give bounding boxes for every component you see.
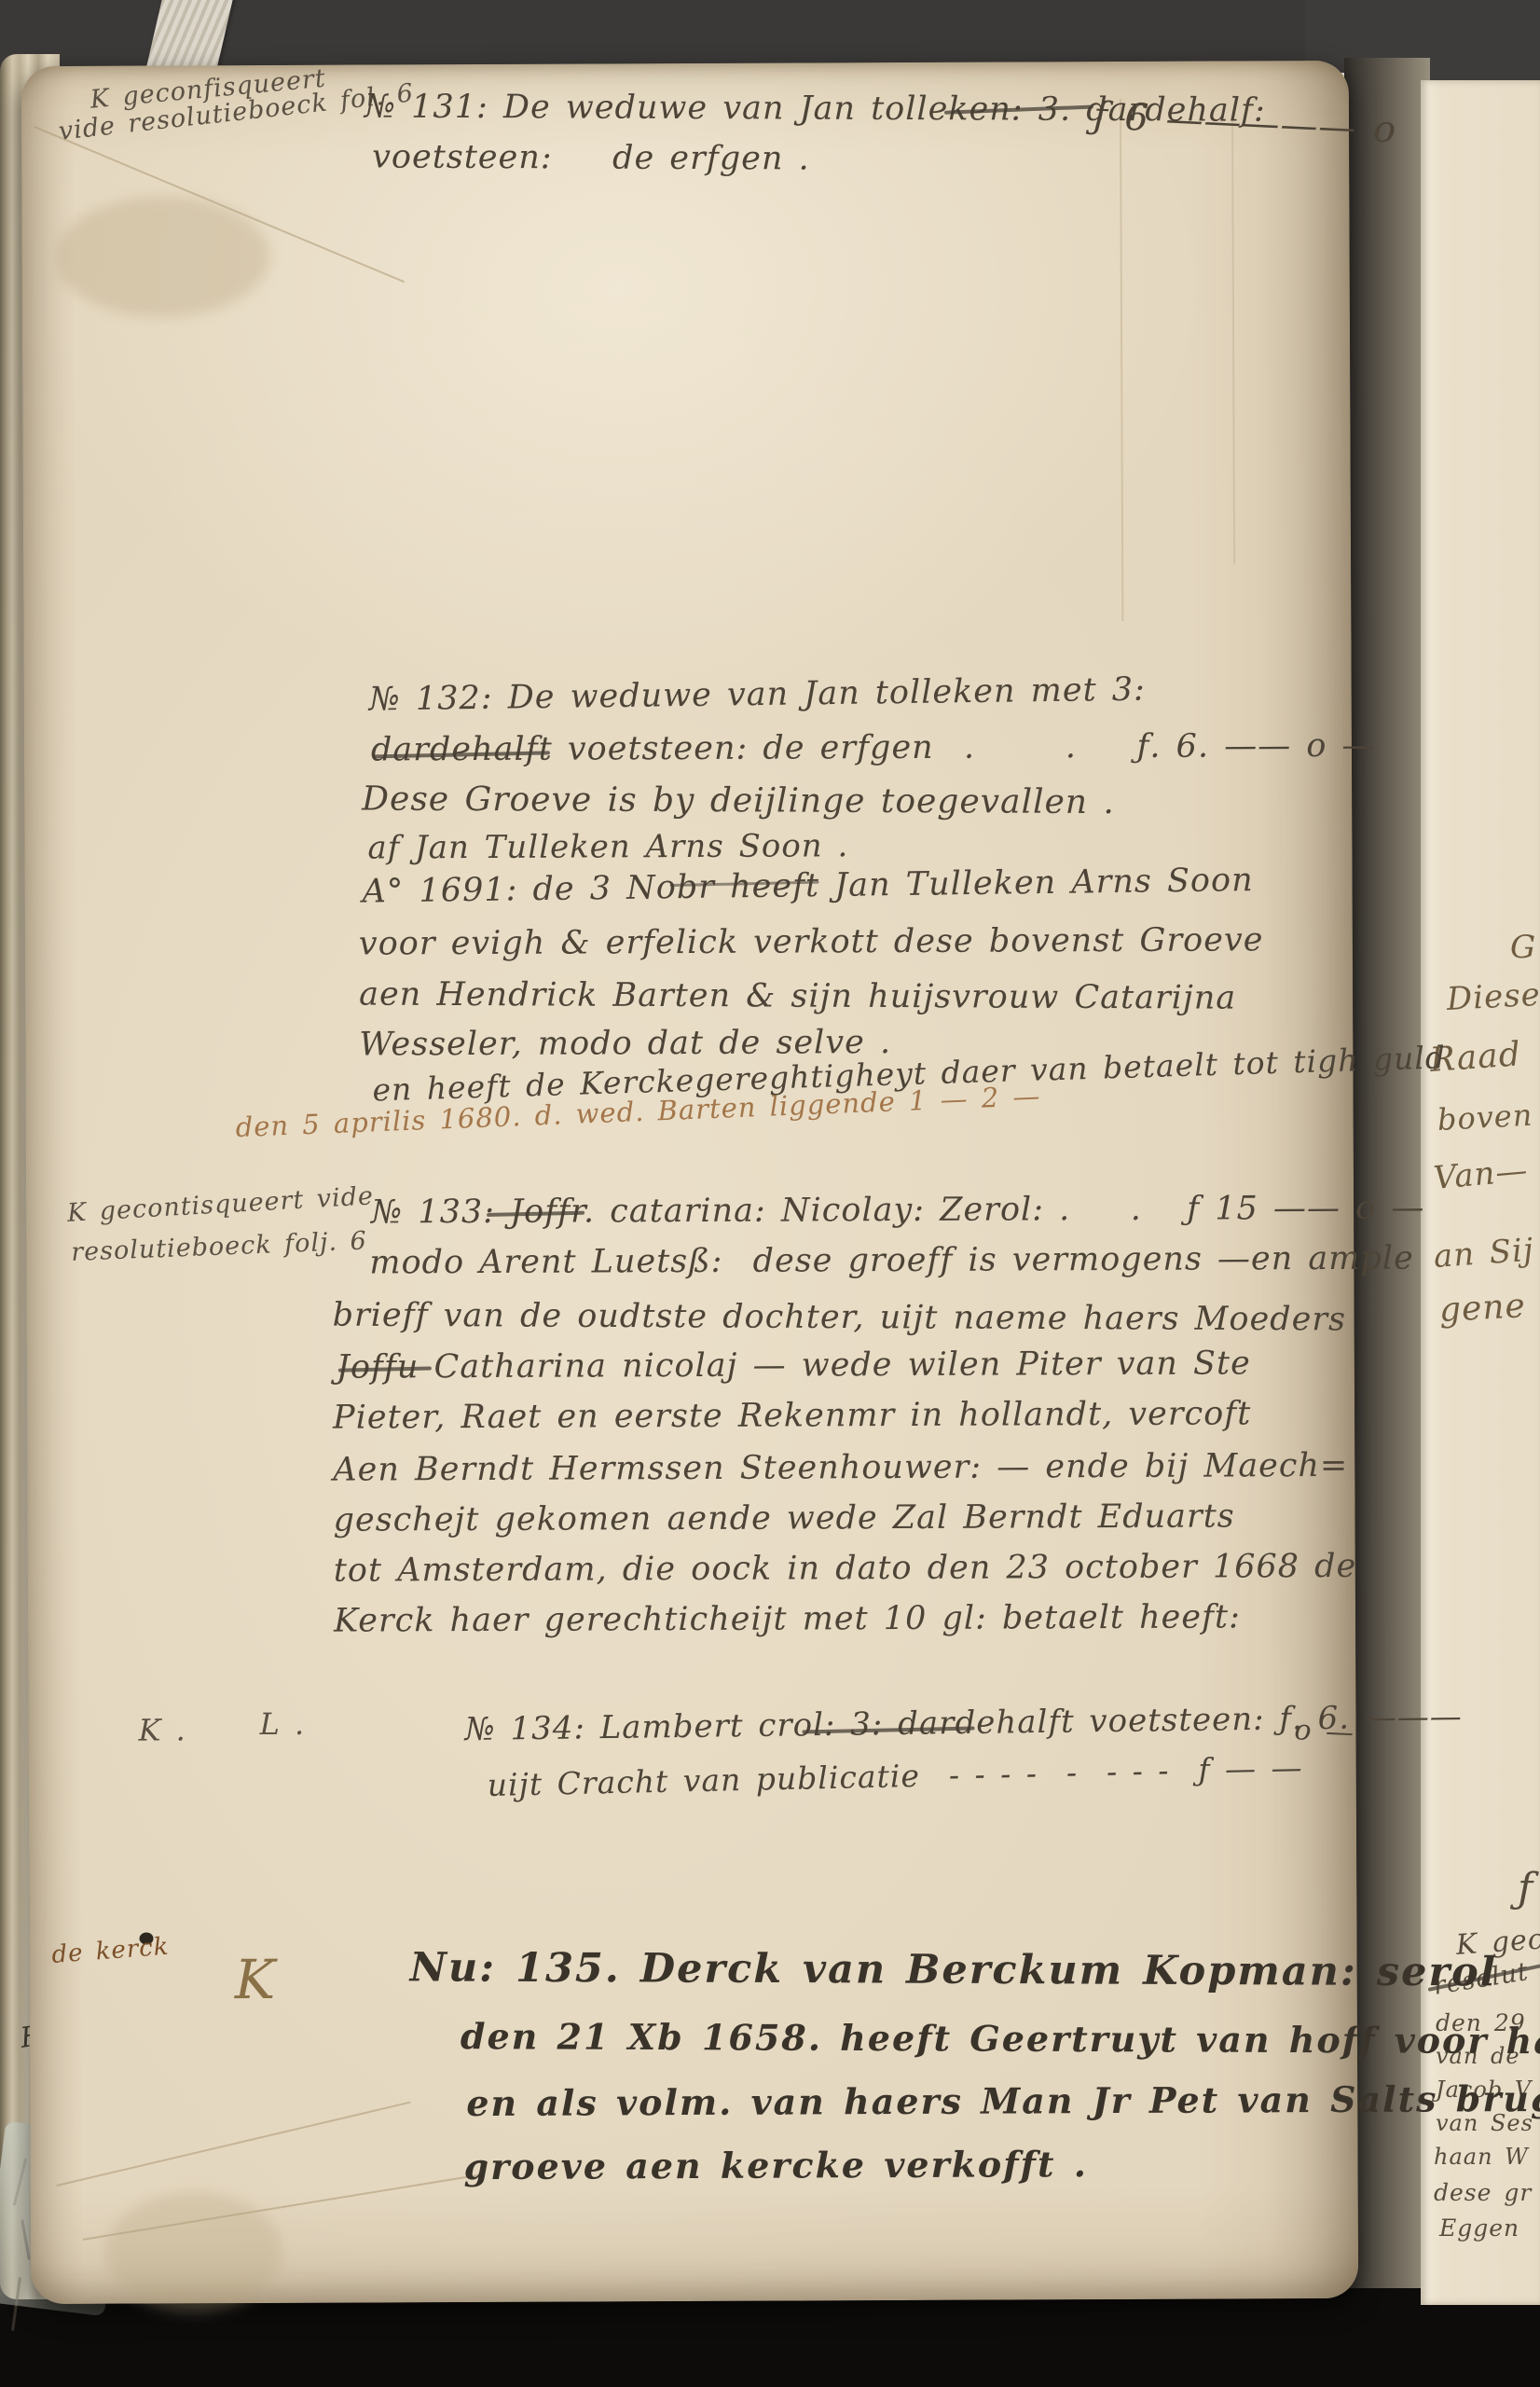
entry-134-margin-note: L .: [259, 1708, 305, 1741]
entry-133-line: Pieter, Raet en eerste Rekenmr in hollan…: [333, 1396, 1251, 1436]
archival-scan: { "palette": { "background": "#3b3937", …: [0, 0, 1540, 2387]
entry-133-line: Joffu Catharina nicolaj — wede wilen Pit…: [337, 1345, 1251, 1386]
entry-132-line: Wesseler, modo dat de selve .: [359, 1025, 891, 1063]
entry-133-line: modo Arent Luetsß: dese groeff is vermog…: [369, 1241, 1414, 1281]
entry-132-line: af Jan Tulleken Arns Soon .: [367, 829, 848, 866]
entry-133-line: brieff van de oudtste dochter, uijt naem…: [333, 1298, 1347, 1338]
facing-page-fragment: ƒ: [1518, 1867, 1533, 1911]
entry-132-line: Dese Groeve is by deijlinge toegevallen …: [362, 781, 1115, 821]
manuscript-page: K geconfisqueert vide resolutieboeck fol…: [21, 61, 1358, 2304]
entry-135-line: en als volm. van haers Man Jr Pet van Sa…: [466, 2078, 1540, 2123]
paper-stain: [55, 196, 270, 318]
paper-stain: [105, 2191, 283, 2313]
facing-page-fragment: gene: [1438, 1288, 1527, 1329]
entry-134-line: uijt Cracht van publicatie - - - - - - -…: [487, 1751, 1303, 1802]
entry-134-amount: o —: [1294, 1715, 1355, 1748]
entry-133-margin-note: K gecontisqueert vide: [66, 1182, 374, 1227]
facing-page-fragment: dese gr: [1434, 2180, 1532, 2206]
paper-crease: [1231, 117, 1235, 564]
entry-133-line: № 133: Joffr. catarina: Nicolay: Zerol: …: [371, 1191, 1424, 1231]
facing-page-fragment: Eggen: [1439, 2215, 1519, 2242]
paper-crease: [1120, 99, 1123, 621]
entry-133-line: Kerck haer gerechticheijt met 10 gl: bet…: [334, 1599, 1241, 1639]
facing-page-fragment: haan W: [1434, 2145, 1529, 2169]
entry-131-line: voetsteen: de erfgen .: [372, 139, 810, 177]
entry-135-line: Nu: 135. Derck van Berckum Kopman: serol: [410, 1946, 1498, 1994]
entry-133-line: tot Amsterdam, die oock in dato den 23 o…: [334, 1549, 1357, 1589]
entry-133-line: geschejt gekomen aende wede Zal Berndt E…: [333, 1498, 1234, 1538]
facing-page-fragment: Diese: [1446, 978, 1540, 1018]
paper-crease: [56, 2102, 410, 2187]
entry-132-line: aen Hendrick Barten & sijn huijsvrouw Ca…: [359, 977, 1236, 1017]
entry-135-margin-note: de kerck: [51, 1934, 171, 1969]
facing-page-fragment: an Sij: [1433, 1234, 1535, 1276]
entry-135-margin-note: K: [235, 1951, 277, 2010]
entry-132-line: voor evigh & erfelick verkott dese boven…: [359, 922, 1264, 962]
entry-132-line: dardehalft voetsteen: de erfgen . . ƒ. 6…: [371, 728, 1376, 768]
entry-132-line: № 132: De weduwe van Jan tolleken met 3:: [368, 672, 1146, 718]
entry-132-line: A° 1691: de 3 Nobr heeft Jan Tulleken Ar…: [362, 862, 1253, 910]
entry-134-margin-note: K .: [138, 1714, 186, 1746]
entry-133-margin-note: resolutieboeck folj. 6: [71, 1227, 368, 1266]
facing-page-fragment: Van—: [1432, 1153, 1529, 1196]
facing-page-fragment: G: [1510, 931, 1536, 965]
entry-133-line: Aen Berndt Hermssen Steenhouwer: — ende …: [333, 1448, 1348, 1488]
entry-135-line: den 21 Xb 1658. heeft Geertruyt van hoff…: [461, 2017, 1540, 2062]
entry-135-line: groeve aen kercke verkofft .: [464, 2145, 1088, 2187]
facing-page-fragment: boven: [1437, 1099, 1533, 1137]
